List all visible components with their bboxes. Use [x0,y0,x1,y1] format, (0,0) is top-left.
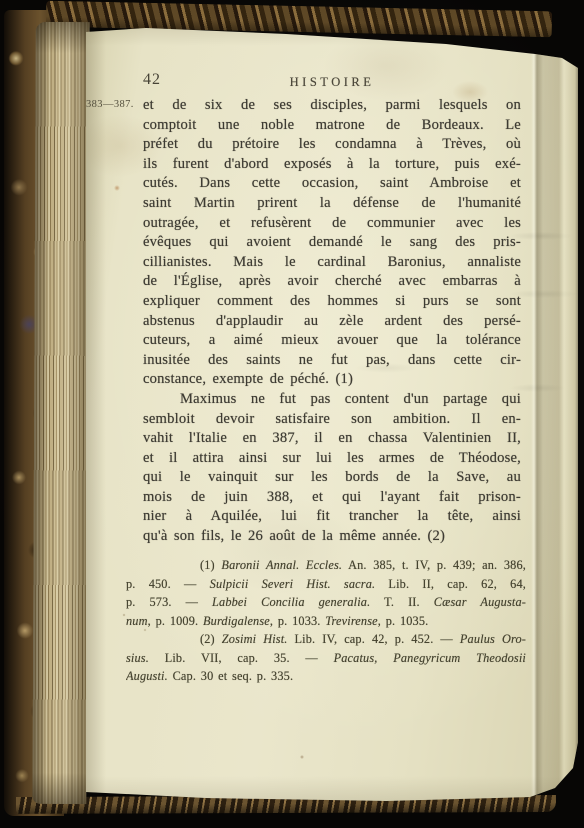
body-text-line: évêques qui avoient demandé le sang des … [143,233,521,253]
scan-background: 42 HISTOIRE et de six de ses disciples, … [0,0,584,828]
body-text-line: saint Martin prirent la défense de l'hum… [143,194,521,214]
body-text-line: vahit l'Italie en 387, il en chassa Vale… [143,429,521,449]
body-text-line: inusitée des saints ne fut pas, dans cet… [143,351,521,371]
book-page: 42 HISTOIRE et de six de ses disciples, … [86,26,578,802]
footnote-line: num, p. 1009. Burdigalense, p. 1033. Tre… [126,612,526,631]
body-text-line: de l'Église, après avoir cherché avec em… [143,272,521,292]
footnote-line: p. 573. — Labbei Concilia generalia. T. … [126,593,526,612]
body-text: et de six de ses disciples, parmi lesque… [143,96,521,547]
page-edge-stack [32,22,89,804]
body-text-line: cuteurs, a aimé mieux avouer que la tolé… [143,331,521,351]
body-text-line: sembloit devoir satisfaire son ambition.… [143,410,521,430]
body-text-line: cutés. Dans cette occasion, saint Ambroi… [143,174,521,194]
body-text-line: préfet du prétoire les condamna à Trèves… [143,135,521,155]
body-text-line: cillianistes. Mais le cardinal Baronius,… [143,253,521,273]
body-text-line: nier à Aquilée, lui fit trancher la tête… [143,507,521,527]
body-text-line: expliquer comment des hommes si purs se … [143,292,521,312]
body-text-line: Maximus ne fut pas content d'un partage … [143,390,521,410]
footnote-line: Augusti. Cap. 30 et seq. p. 335. [126,667,526,686]
body-text-line: abstenus d'applaudir au zèle ardent des … [143,312,521,332]
footnote-block: (1) Baronii Annal. Eccles. An. 385, t. I… [126,556,526,686]
footnote-line: p. 450. — Sulpicii Severi Hist. sacra. L… [126,575,526,594]
footnote-line: (1) Baronii Annal. Eccles. An. 385, t. I… [126,556,526,575]
margin-note-years: 383—387. [86,99,150,110]
body-text-line: comptoit une noble matrone de Bordeaux. … [143,116,521,136]
footnote-line: sius. Lib. VII, cap. 35. — Pacatus, Pane… [126,649,526,668]
body-text-line: et il attira ainsi sur lui les armes de … [143,449,521,469]
body-text-line: mois de juin 388, et qui l'ayant fait pr… [143,488,521,508]
body-text-line: et de six de ses disciples, parmi lesque… [143,96,521,116]
running-head: HISTOIRE [143,75,521,90]
body-text-line: constance, exempte de péché. (1) [143,370,521,390]
body-text-line: qu'à son fils, le 26 août de la même ann… [143,527,521,547]
footnote-line: (2) Zosimi Hist. Lib. IV, cap. 42, p. 45… [126,630,526,649]
body-text-line: outragée, et refusèrent de communier ave… [143,214,521,234]
body-text-line: qui le vainquit sur les bords de la Save… [143,468,521,488]
body-text-line: ils furent d'abord exposés à la torture,… [143,155,521,175]
